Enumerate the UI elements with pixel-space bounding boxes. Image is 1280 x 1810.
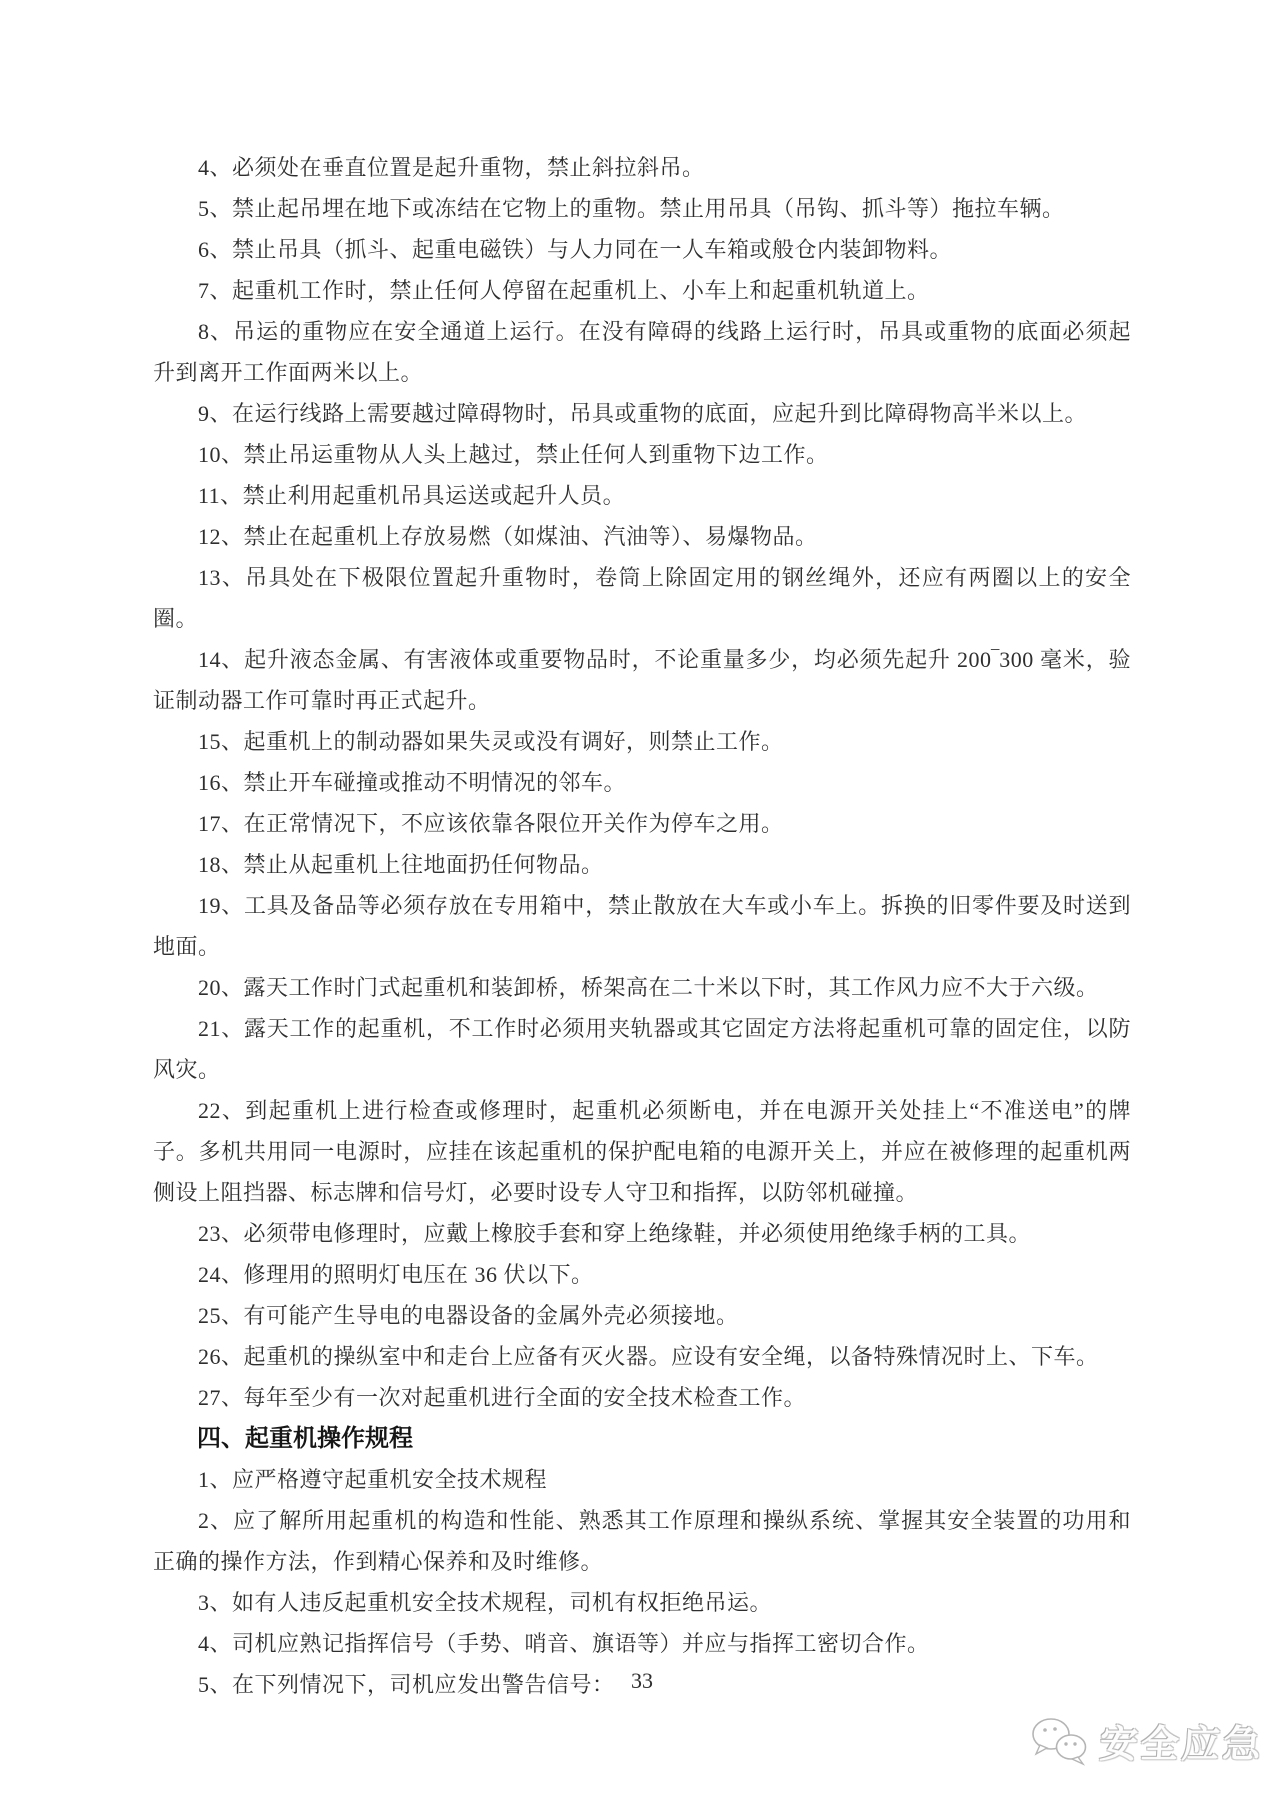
operation-rule-1: 1、应严格遵守起重机安全技术规程 bbox=[153, 1459, 1131, 1500]
section-heading-crane-operation: 四、起重机操作规程 bbox=[153, 1418, 1131, 1459]
operation-rule-4: 4、司机应熟记指挥信号（手势、哨音、旗语等）并应与指挥工密切合作。 bbox=[153, 1623, 1131, 1664]
rule-item-4: 4、必须处在垂直位置是起升重物，禁止斜拉斜吊。 bbox=[153, 147, 1131, 188]
rule-item-7: 7、起重机工作时，禁止任何人停留在起重机上、小车上和起重机轨道上。 bbox=[153, 270, 1131, 311]
watermark-label: 安全应急 bbox=[1098, 1713, 1266, 1768]
rule-item-23: 23、必须带电修理时，应戴上橡胶手套和穿上绝缘鞋，并必须使用绝缘手柄的工具。 bbox=[153, 1213, 1131, 1254]
wechat-chat-bubbles-icon bbox=[1028, 1712, 1092, 1768]
rule-item-12: 12、禁止在起重机上存放易燃（如煤油、汽油等）、易爆物品。 bbox=[153, 516, 1131, 557]
rule-item-20: 20、露天工作时门式起重机和装卸桥，桥架高在二十米以下时，其工作风力应不大于六级… bbox=[153, 967, 1131, 1008]
rule-item-15: 15、起重机上的制动器如果失灵或没有调好，则禁止工作。 bbox=[153, 721, 1131, 762]
rule-item-10: 10、禁止吊运重物从人头上越过，禁止任何人到重物下边工作。 bbox=[153, 434, 1131, 475]
operation-rule-2: 2、应了解所用起重机的构造和性能、熟悉其工作原理和操纵系统、掌握其安全装置的功用… bbox=[153, 1500, 1131, 1582]
document-page: 4、必须处在垂直位置是起升重物，禁止斜拉斜吊。 5、禁止起吊埋在地下或冻结在它物… bbox=[0, 0, 1280, 1810]
rule-item-8: 8、吊运的重物应在安全通道上运行。在没有障碍的线路上运行时，吊具或重物的底面必须… bbox=[153, 311, 1131, 393]
watermark: 安全应急 bbox=[1028, 1712, 1264, 1768]
rule-item-22: 22、到起重机上进行检查或修理时，起重机必须断电，并在电源开关处挂上“不准送电”… bbox=[153, 1090, 1131, 1213]
document-body: 4、必须处在垂直位置是起升重物，禁止斜拉斜吊。 5、禁止起吊埋在地下或冻结在它物… bbox=[153, 147, 1131, 1705]
rule-item-26: 26、起重机的操纵室中和走台上应备有灭火器。应设有安全绳，以备特殊情况时上、下车… bbox=[153, 1336, 1131, 1377]
rule-item-18: 18、禁止从起重机上往地面扔任何物品。 bbox=[153, 844, 1131, 885]
rule-item-13: 13、吊具处在下极限位置起升重物时，卷筒上除固定用的钢丝绳外，还应有两圈以上的安… bbox=[153, 557, 1131, 639]
rule-item-27: 27、每年至少有一次对起重机进行全面的安全技术检查工作。 bbox=[153, 1377, 1131, 1418]
rule-item-25: 25、有可能产生导电的电器设备的金属外壳必须接地。 bbox=[153, 1295, 1131, 1336]
rule-item-19: 19、工具及备品等必须存放在专用箱中，禁止散放在大车或小车上。拆换的旧零件要及时… bbox=[153, 885, 1131, 967]
rule-item-17: 17、在正常情况下，不应该依靠各限位开关作为停车之用。 bbox=[153, 803, 1131, 844]
rule-item-5: 5、禁止起吊埋在地下或冻结在它物上的重物。禁止用吊具（吊钩、抓斗等）拖拉车辆。 bbox=[153, 188, 1131, 229]
rule-item-9: 9、在运行线路上需要越过障碍物时，吊具或重物的底面，应起升到比障碍物高半米以上。 bbox=[153, 393, 1131, 434]
rule-item-14: 14、起升液态金属、有害液体或重要物品时，不论重量多少，均必须先起升 200‾3… bbox=[153, 639, 1131, 721]
rule-item-11: 11、禁止利用起重机吊具运送或起升人员。 bbox=[153, 475, 1131, 516]
rule-item-6: 6、禁止吊具（抓斗、起重电磁铁）与人力同在一人车箱或般仓内装卸物料。 bbox=[153, 229, 1131, 270]
page-number: 33 bbox=[153, 1668, 1131, 1694]
rule-item-21: 21、露天工作的起重机，不工作时必须用夹轨器或其它固定方法将起重机可靠的固定住，… bbox=[153, 1008, 1131, 1090]
rule-item-16: 16、禁止开车碰撞或推动不明情况的邻车。 bbox=[153, 762, 1131, 803]
rule-item-24: 24、修理用的照明灯电压在 36 伏以下。 bbox=[153, 1254, 1131, 1295]
operation-rule-3: 3、如有人违反起重机安全技术规程，司机有权拒绝吊运。 bbox=[153, 1582, 1131, 1623]
